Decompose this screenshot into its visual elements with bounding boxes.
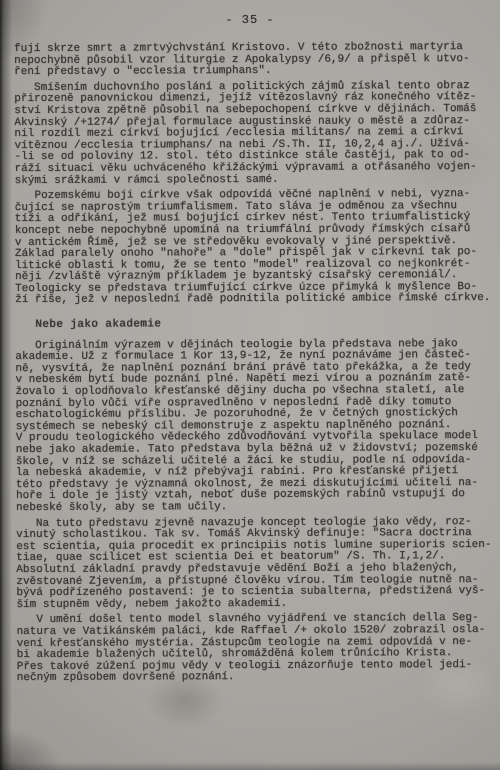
paragraph-continuation: fují skrze smrt a zmrtvýchvstání Kristov… <box>14 42 492 79</box>
paragraph: Smíšením duchovního poslání a politickýc… <box>14 81 492 187</box>
paragraph: Pozemskému boji církve však odpovídá věč… <box>15 189 494 307</box>
scan-edge-shadow-left <box>0 0 12 770</box>
scanned-document-page: - 35 - fují skrze smrt a zmrtvýchvstání … <box>0 0 500 770</box>
scan-edge-shadow-bottom <box>0 762 500 770</box>
page-number: - 35 - <box>0 13 500 27</box>
paragraph: Na tuto představu zjevně navazuje koncep… <box>16 516 494 611</box>
section-heading: Nebe jako akademie <box>15 318 493 332</box>
document-body: fují skrze smrt a zmrtvýchvstání Kristov… <box>14 42 495 689</box>
paragraph: Originálním výrazem v dějinách teologie … <box>15 339 494 515</box>
paragraph: V umění došel tento model slavného vyjád… <box>16 613 494 685</box>
